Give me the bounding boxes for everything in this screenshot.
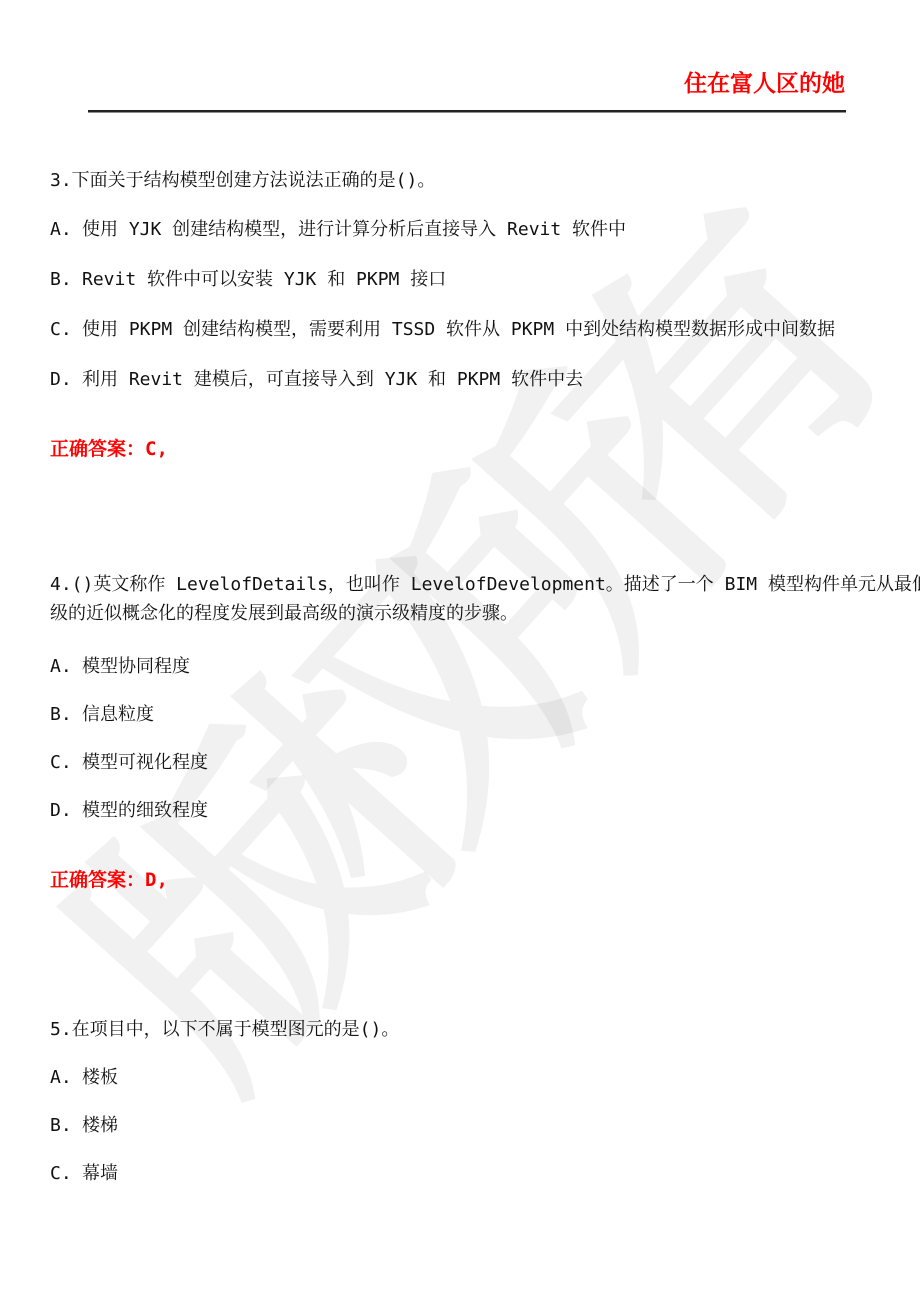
question-5-option-b: B.楼梯 — [50, 1111, 920, 1140]
question-5: 5.在项目中，以下不属于模型图元的是()。 A.楼板 B.楼梯 C.幕墙 — [0, 1015, 920, 1188]
option-text: 楼梯 — [82, 1115, 118, 1136]
question-4-option-b: B.信息粒度 — [50, 700, 920, 729]
option-text: 幕墙 — [82, 1163, 118, 1184]
page-title: 住在富人区的她 — [0, 72, 845, 95]
question-4-stem: 4.()英文称作 LevelofDetails，也叫作 LevelofDevel… — [0, 570, 920, 628]
option-label: B. — [50, 265, 82, 294]
question-3-option-c: C.使用 PKPM 创建结构模型，需要利用 TSSD 软件从 PKPM 中到处结… — [50, 315, 920, 344]
question-5-option-a: A.楼板 — [50, 1063, 920, 1092]
question-3-correct-answer: 正确答案：C, — [50, 437, 920, 462]
option-text: Revit 软件中可以安装 YJK 和 PKPM 接口 — [82, 269, 446, 290]
question-4-option-c: C.模型可视化程度 — [50, 748, 920, 777]
question-5-option-c: C.幕墙 — [50, 1159, 920, 1188]
option-text: 利用 Revit 建模后，可直接导入到 YJK 和 PKPM 软件中去 — [82, 369, 583, 390]
header-divider — [88, 110, 846, 113]
option-label: C. — [50, 1159, 82, 1188]
option-label: C. — [50, 748, 82, 777]
question-3: 3.下面关于结构模型创建方法说法正确的是()。 A.使用 YJK 创建结构模型，… — [0, 166, 920, 462]
option-label: A. — [50, 652, 82, 681]
option-label: D. — [50, 365, 82, 394]
question-4-option-a: A.模型协同程度 — [50, 652, 920, 681]
option-label: A. — [50, 215, 82, 244]
option-label: A. — [50, 1063, 82, 1092]
option-label: D. — [50, 796, 82, 825]
answer-label: 正确答案： — [50, 869, 145, 891]
question-4-stem-line-2: 级的近似概念化的程度发展到最高级的演示级精度的步骤。 — [50, 599, 920, 628]
option-text: 使用 YJK 创建结构模型，进行计算分析后直接导入 Revit 软件中 — [82, 219, 626, 240]
question-3-option-a: A.使用 YJK 创建结构模型，进行计算分析后直接导入 Revit 软件中 — [50, 215, 920, 244]
option-label: B. — [50, 700, 82, 729]
answer-value: D, — [145, 869, 168, 891]
option-label: C. — [50, 315, 82, 344]
option-text: 楼板 — [82, 1067, 118, 1088]
document-content: 住在富人区的她 3.下面关于结构模型创建方法说法正确的是()。 A.使用 YJK… — [0, 72, 920, 1188]
question-5-stem: 5.在项目中，以下不属于模型图元的是()。 — [50, 1015, 920, 1044]
document-page: 版权所有 住在富人区的她 3.下面关于结构模型创建方法说法正确的是()。 A.使… — [0, 0, 920, 1302]
question-4-option-d: D.模型的细致程度 — [50, 796, 920, 825]
option-text: 模型的细致程度 — [82, 800, 208, 821]
answer-value: C, — [145, 438, 168, 460]
question-3-option-b: B.Revit 软件中可以安装 YJK 和 PKPM 接口 — [50, 265, 920, 294]
question-4-correct-answer: 正确答案：D, — [50, 868, 920, 893]
question-4: 4.()英文称作 LevelofDetails，也叫作 LevelofDevel… — [0, 570, 920, 893]
option-text: 使用 PKPM 创建结构模型，需要利用 TSSD 软件从 PKPM 中到处结构模… — [82, 319, 835, 340]
option-text: 模型可视化程度 — [82, 752, 208, 773]
option-text: 信息粒度 — [82, 704, 154, 725]
option-text: 模型协同程度 — [82, 656, 190, 677]
question-3-option-d: D.利用 Revit 建模后，可直接导入到 YJK 和 PKPM 软件中去 — [50, 365, 920, 394]
option-label: B. — [50, 1111, 82, 1140]
question-4-stem-line-1: 4.()英文称作 LevelofDetails，也叫作 LevelofDevel… — [50, 570, 920, 599]
answer-label: 正确答案： — [50, 438, 145, 460]
question-3-stem: 3.下面关于结构模型创建方法说法正确的是()。 — [50, 166, 920, 195]
